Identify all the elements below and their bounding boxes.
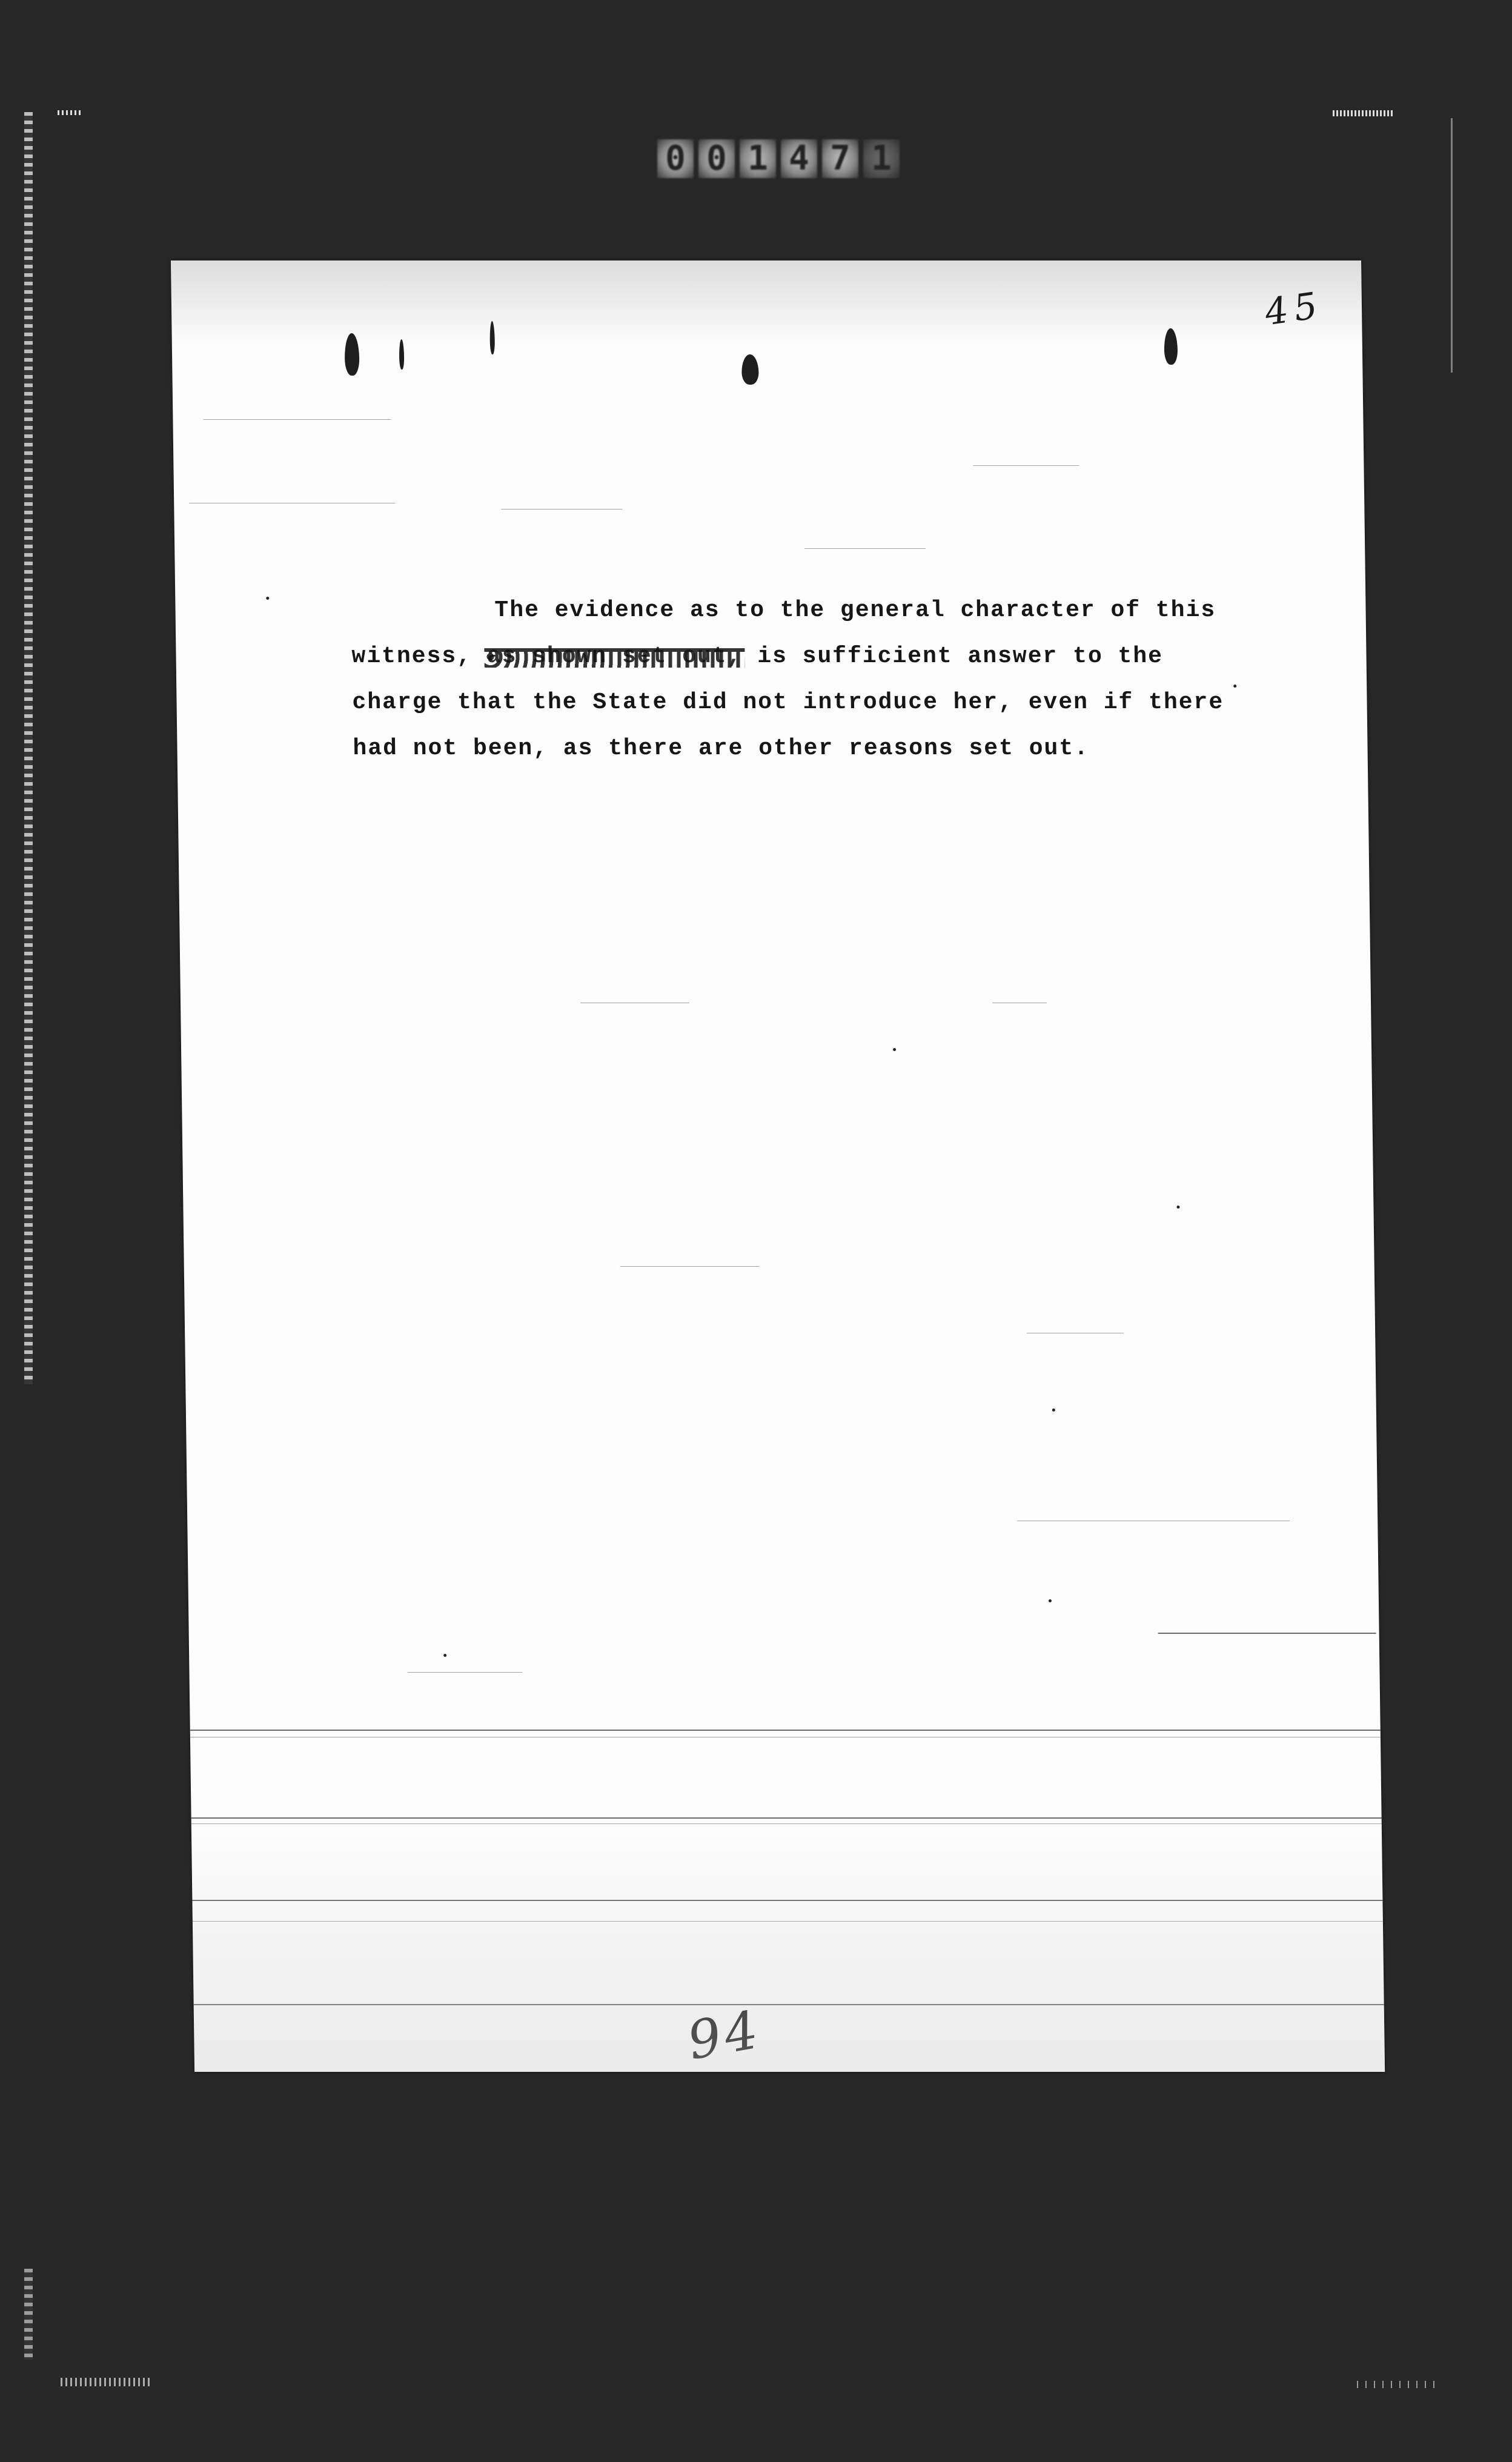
ruled-line [191,1823,1382,1824]
ruled-line [191,1817,1382,1819]
scan-line [189,503,395,503]
paragraph-line: charge that the State did not introduce … [352,680,1382,726]
frame-counter-digit: 4 [781,139,817,178]
frame-counter-digit: 1 [740,139,776,178]
frame-corner-mark [1333,110,1393,116]
paragraph-line: witness, as shown set out, is sufficient… [351,634,1382,680]
scan-line [620,1266,760,1267]
dust-speck [893,1048,896,1051]
paragraph-line: The evidence as to the general character… [351,588,1381,634]
ink-blot [399,339,405,370]
scan-line [973,465,1079,466]
film-perforation-edge-lower [24,2269,33,2360]
struck-through-text: as shown set out, [486,634,743,680]
ink-blot [1164,328,1178,365]
typed-paragraph: The evidence as to the general character… [351,588,1383,772]
scan-line [992,1003,1047,1003]
dust-speck [443,1654,446,1657]
frame-counter: 0 0 1 4 7 1 [657,139,900,178]
ruled-line [194,2004,1384,2005]
paragraph-line-end: is sufficient answer to the [742,643,1163,669]
scan-line [203,419,391,420]
ruled-line [190,1730,1381,1731]
ruled-line [193,1921,1383,1922]
document-page: 45 94 The evidence as to the general [171,260,1385,2072]
handwritten-page-mark: 45 [1262,284,1326,334]
frame-counter-digit: 7 [822,139,858,178]
scan-line [1027,1333,1124,1333]
paragraph-line: had not been, as there are other reasons… [353,726,1383,772]
film-perforation-edge [24,112,33,1384]
ink-blot [345,333,360,376]
scan-line [1158,1633,1376,1634]
frame-corner-mark [61,2378,151,2386]
dust-speck [266,597,269,600]
frame-corner-mark [1357,2381,1442,2388]
scan-line [501,509,622,509]
paragraph-line-start: witness, [351,643,487,669]
scan-line [804,548,926,549]
dust-speck [1049,1599,1052,1602]
frame-counter-digit: 0 [657,139,694,178]
scan-line [408,1672,523,1673]
scan-line [580,1003,689,1003]
handwritten-page-number: 94 [683,1999,766,2072]
dust-speck [1052,1409,1055,1412]
scan-line [1017,1521,1290,1521]
dust-speck [1176,1206,1179,1209]
ink-blot [489,321,495,354]
microfilm-frame: 0 0 1 4 7 1 45 94 [0,0,1512,2462]
ruled-line [192,1900,1382,1901]
ruled-line [190,1737,1381,1737]
frame-counter-digit: 1 [863,139,900,178]
frame-counter-digit: 0 [698,139,735,178]
frame-corner-mark [58,110,82,115]
frame-edge-line [1451,118,1453,373]
ink-blot [741,354,759,385]
